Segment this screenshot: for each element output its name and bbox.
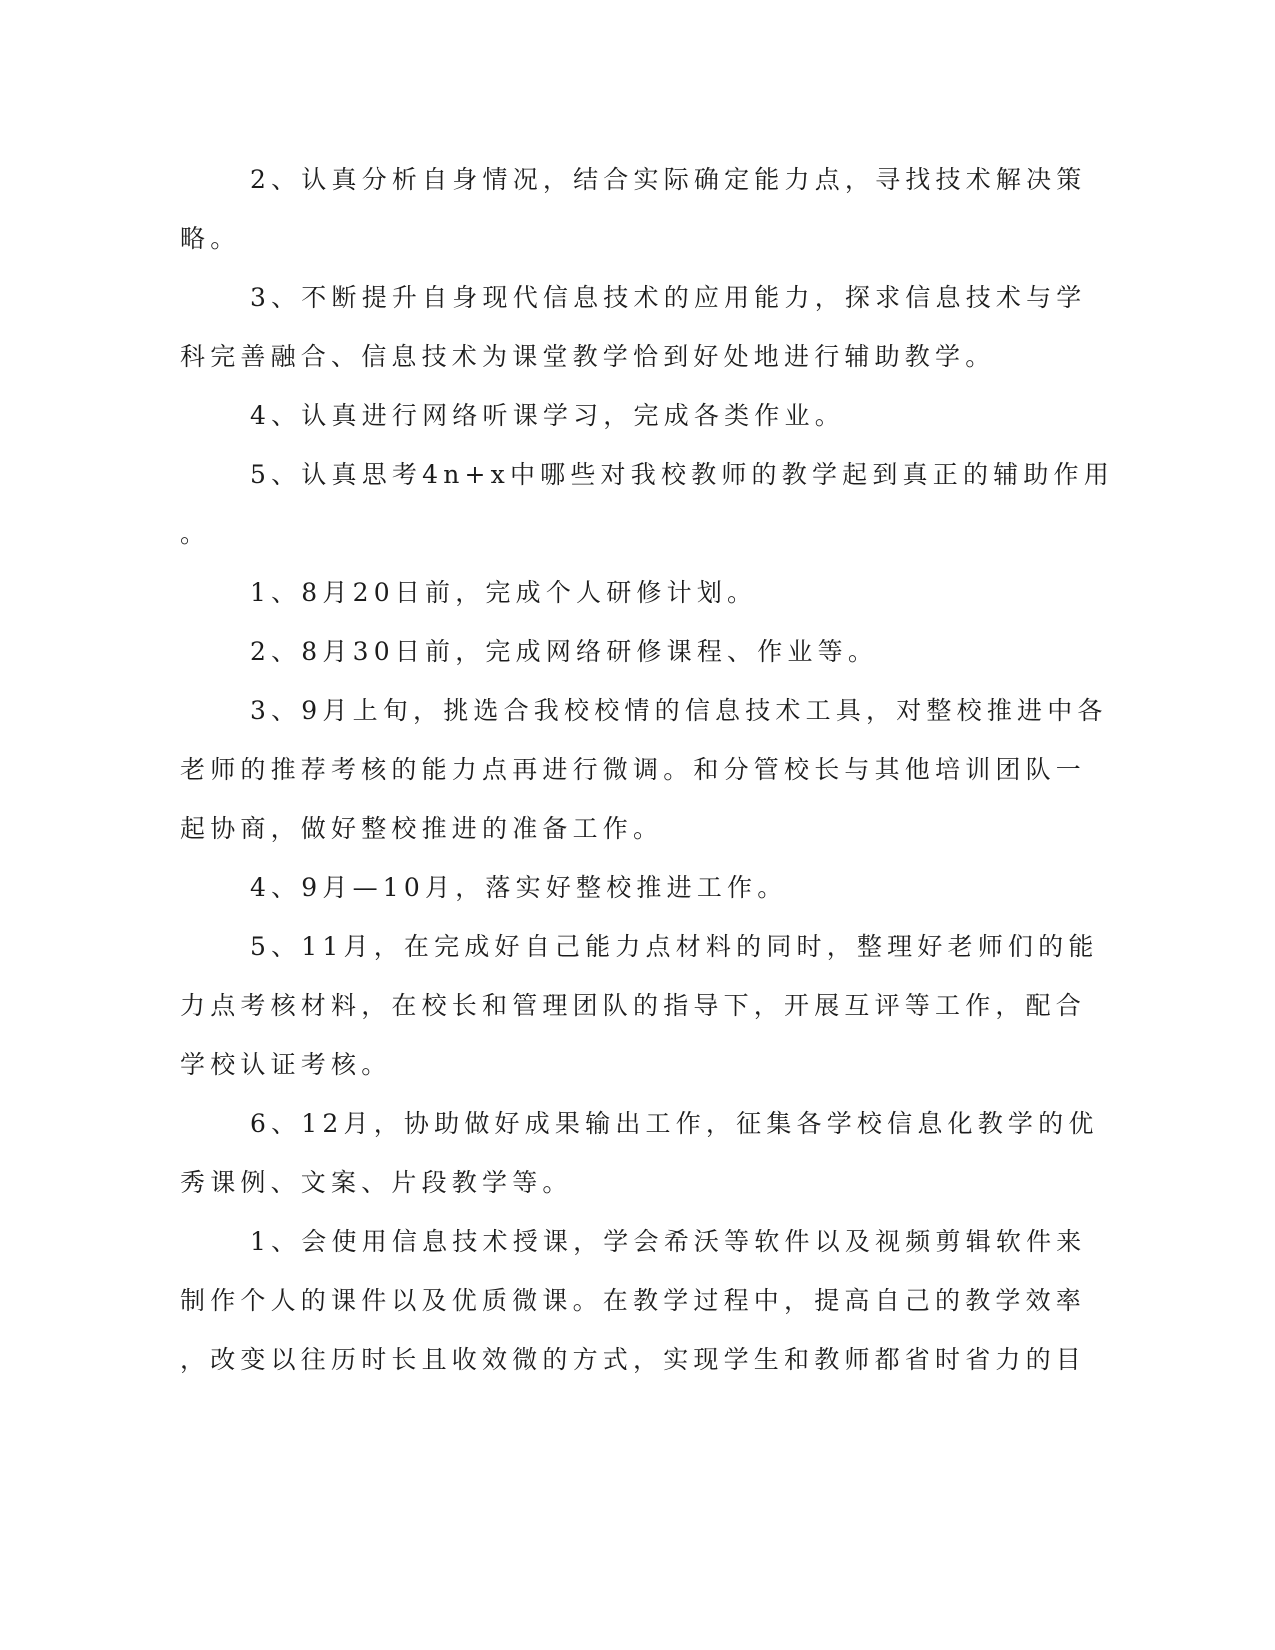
paragraph-line: 力点考核材料，在校长和管理团队的指导下，开展互评等工作，配合 [180, 991, 1086, 1021]
paragraph-line: 4、认真进行网络听课学习，完成各类作业。 [250, 401, 845, 431]
document-page: 2、认真分析自身情况，结合实际确定能力点，寻找技术解决策 略。 3、不断提升自身… [0, 0, 1275, 1650]
paragraph-line: 5、认真思考4n+x中哪些对我校教师的教学起到真正的辅助作用 [250, 460, 1114, 490]
paragraph-line: 略。 [180, 224, 240, 254]
paragraph-line: 3、9月上旬，挑选合我校校情的信息技术工具，对整校推进中各 [250, 696, 1108, 726]
paragraph-line: 2、8月30日前，完成网络研修课程、作业等。 [250, 637, 878, 667]
paragraph-line: 制作个人的课件以及优质微课。在教学过程中，提高自己的教学效率 [180, 1286, 1086, 1316]
paragraph-line: ，改变以往历时长且收效微的方式，实现学生和教师都省时省力的目 [180, 1345, 1086, 1375]
paragraph-line: 5、11月，在完成好自己能力点材料的同时，整理好老师们的能 [250, 932, 1099, 962]
paragraph-line: 6、12月，协助做好成果输出工作，征集各学校信息化教学的优 [250, 1109, 1099, 1139]
paragraph-line: 科完善融合、信息技术为课堂教学恰到好处地进行辅助教学。 [180, 342, 995, 372]
paragraph-line: 老师的推荐考核的能力点再进行微调。和分管校长与其他培训团队一 [180, 755, 1086, 785]
paragraph-line: 学校认证考核。 [180, 1050, 391, 1080]
paragraph-line: 1、8月20日前，完成个人研修计划。 [250, 578, 757, 608]
paragraph-line: 秀课例、文案、片段教学等。 [180, 1168, 573, 1198]
paragraph-line: 。 [180, 519, 210, 549]
paragraph-line: 4、9月—10月，落实好整校推进工作。 [250, 873, 787, 903]
paragraph-line: 1、会使用信息技术授课，学会希沃等软件以及视频剪辑软件来 [250, 1227, 1087, 1257]
paragraph-line: 3、不断提升自身现代信息技术的应用能力，探求信息技术与学 [250, 283, 1087, 313]
paragraph-line: 起协商，做好整校推进的准备工作。 [180, 814, 663, 844]
paragraph-line: 2、认真分析自身情况，结合实际确定能力点，寻找技术解决策 [250, 165, 1087, 195]
